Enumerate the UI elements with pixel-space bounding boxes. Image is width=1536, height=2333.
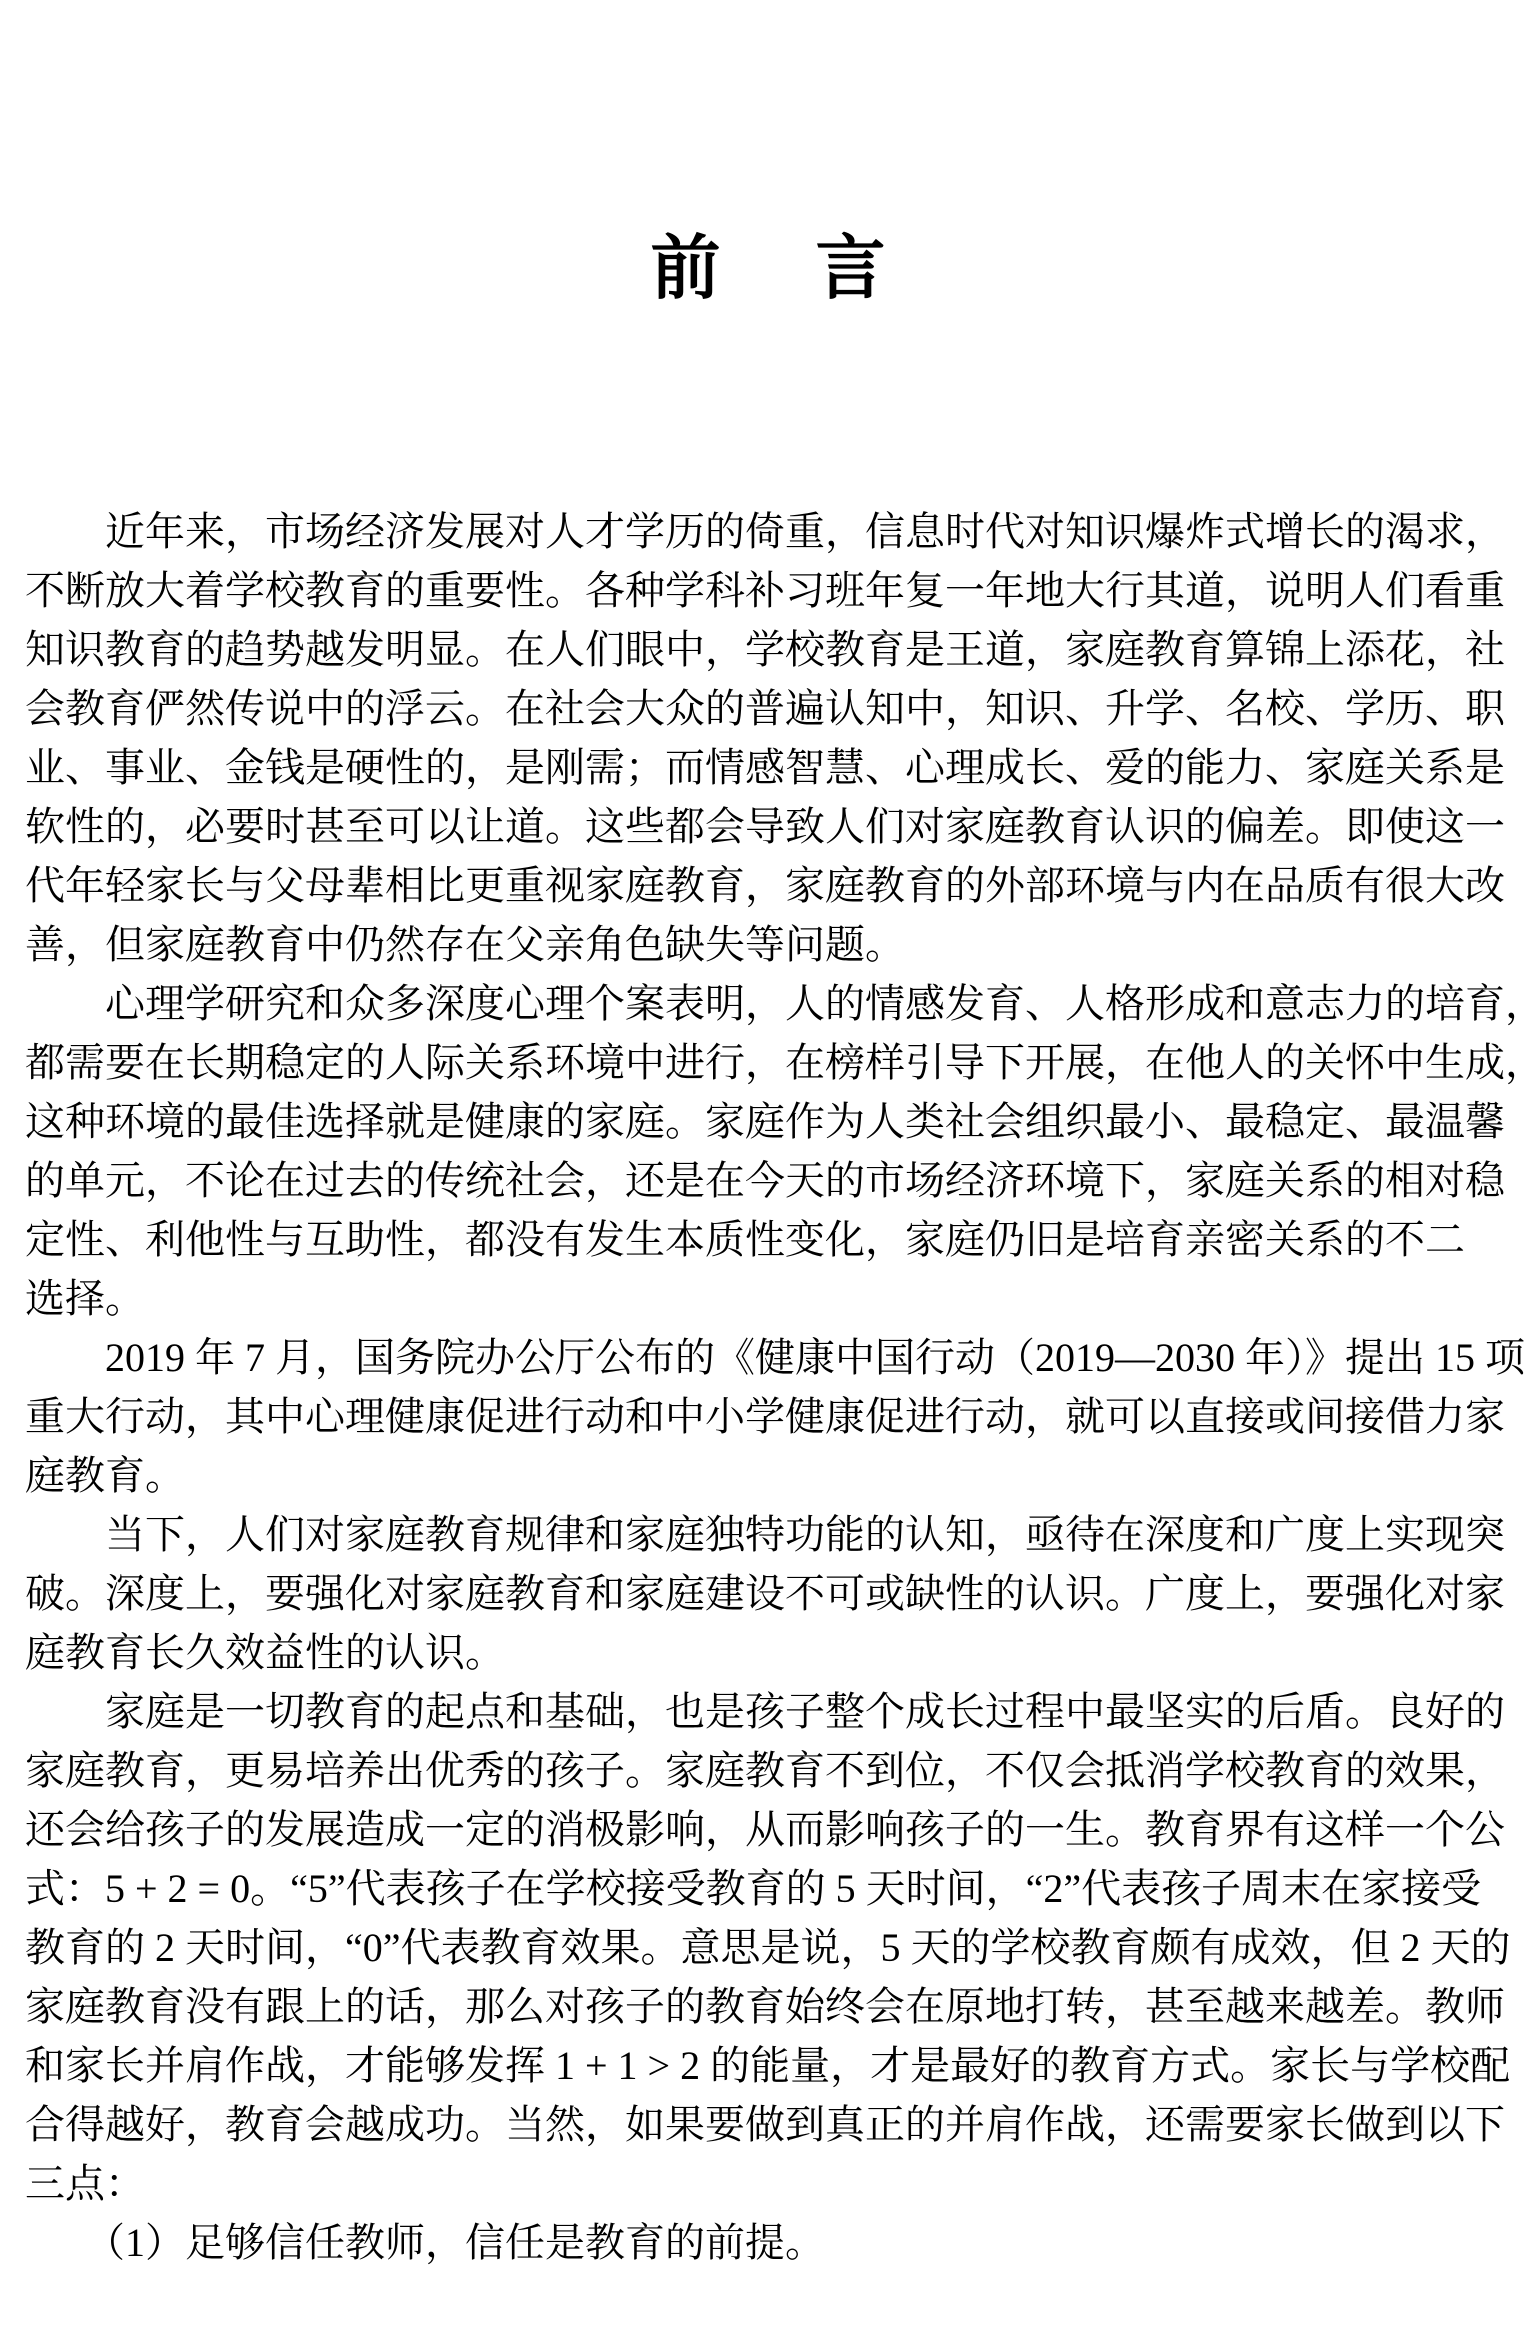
text-line: 这种环境的最佳选择就是健康的家庭。家庭作为人类社会组织最小、最稳定、最温馨 [25, 1092, 1525, 1151]
text-line: 庭教育。 [25, 1446, 1525, 1505]
document-page: 前 言 近年来，市场经济发展对人才学历的倚重，信息时代对知识爆炸式增长的渴求，不… [0, 0, 1536, 2333]
text-line: 心理学研究和众多深度心理个案表明，人的情感发育、人格形成和意志力的培育， [25, 974, 1525, 1033]
text-line: 选择。 [25, 1269, 1525, 1328]
text-line: 业、事业、金钱是硬性的，是刚需；而情感智慧、心理成长、爱的能力、家庭关系是 [25, 738, 1525, 797]
text-line: 不断放大着学校教育的重要性。各种学科补习班年复一年地大行其道，说明人们看重 [25, 561, 1525, 620]
text-line: 近年来，市场经济发展对人才学历的倚重，信息时代对知识爆炸式增长的渴求， [25, 502, 1525, 561]
text-line: 庭教育长久效益性的认识。 [25, 1623, 1525, 1682]
text-line: 定性、利他性与互助性，都没有发生本质性变化，家庭仍旧是培育亲密关系的不二 [25, 1210, 1525, 1269]
text-line: 合得越好，教育会越成功。当然，如果要做到真正的并肩作战，还需要家长做到以下 [25, 2095, 1525, 2154]
text-line: 会教育俨然传说中的浮云。在社会大众的普遍认知中，知识、升学、名校、学历、职 [25, 679, 1525, 738]
text-line: 破。深度上，要强化对家庭教育和家庭建设不可或缺性的认识。广度上，要强化对家 [25, 1564, 1525, 1623]
title-char-second: 言 [816, 232, 886, 308]
text-line: 软性的，必要时甚至可以让道。这些都会导致人们对家庭教育认识的偏差。即使这一 [25, 797, 1525, 856]
text-line: 代年轻家长与父母辈相比更重视家庭教育，家庭教育的外部环境与内在品质有很大改 [25, 856, 1525, 915]
text-line: （1）足够信任教师，信任是教育的前提。 [25, 2213, 1525, 2272]
page-title: 前 言 [0, 232, 1536, 308]
text-line: 重大行动，其中心理健康促进行动和中小学健康促进行动，就可以直接或间接借力家 [25, 1387, 1525, 1446]
title-char-first: 前 [651, 232, 721, 308]
text-line: 和家长并肩作战，才能够发挥 1 + 1 > 2 的能量，才是最好的教育方式。家长… [25, 2036, 1525, 2095]
text-line: 的单元，不论在过去的传统社会，还是在今天的市场经济环境下，家庭关系的相对稳 [25, 1151, 1525, 1210]
text-line: 都需要在长期稳定的人际关系环境中进行，在榜样引导下开展，在他人的关怀中生成， [25, 1033, 1525, 1092]
text-line: 2019 年 7 月，国务院办公厅公布的《健康中国行动（2019—2030 年）… [25, 1328, 1525, 1387]
text-line: 教育的 2 天时间，“0”代表教育效果。意思是说，5 天的学校教育颇有成效，但 … [25, 1918, 1525, 1977]
text-line: 家庭教育没有跟上的话，那么对孩子的教育始终会在原地打转，甚至越来越差。教师 [25, 1977, 1525, 2036]
text-line: 三点： [25, 2154, 1525, 2213]
text-line: 式：5 + 2 = 0。“5”代表孩子在学校接受教育的 5 天时间，“2”代表孩… [25, 1859, 1525, 1918]
body-text: 近年来，市场经济发展对人才学历的倚重，信息时代对知识爆炸式增长的渴求，不断放大着… [25, 502, 1525, 2272]
text-line: 家庭教育，更易培养出优秀的孩子。家庭教育不到位，不仅会抵消学校教育的效果， [25, 1741, 1525, 1800]
text-line: 知识教育的趋势越发明显。在人们眼中，学校教育是王道，家庭教育算锦上添花，社 [25, 620, 1525, 679]
text-line: 当下，人们对家庭教育规律和家庭独特功能的认知，亟待在深度和广度上实现突 [25, 1505, 1525, 1564]
text-line: 家庭是一切教育的起点和基础，也是孩子整个成长过程中最坚实的后盾。良好的 [25, 1682, 1525, 1741]
text-line: 善，但家庭教育中仍然存在父亲角色缺失等问题。 [25, 915, 1525, 974]
text-line: 还会给孩子的发展造成一定的消极影响，从而影响孩子的一生。教育界有这样一个公 [25, 1800, 1525, 1859]
